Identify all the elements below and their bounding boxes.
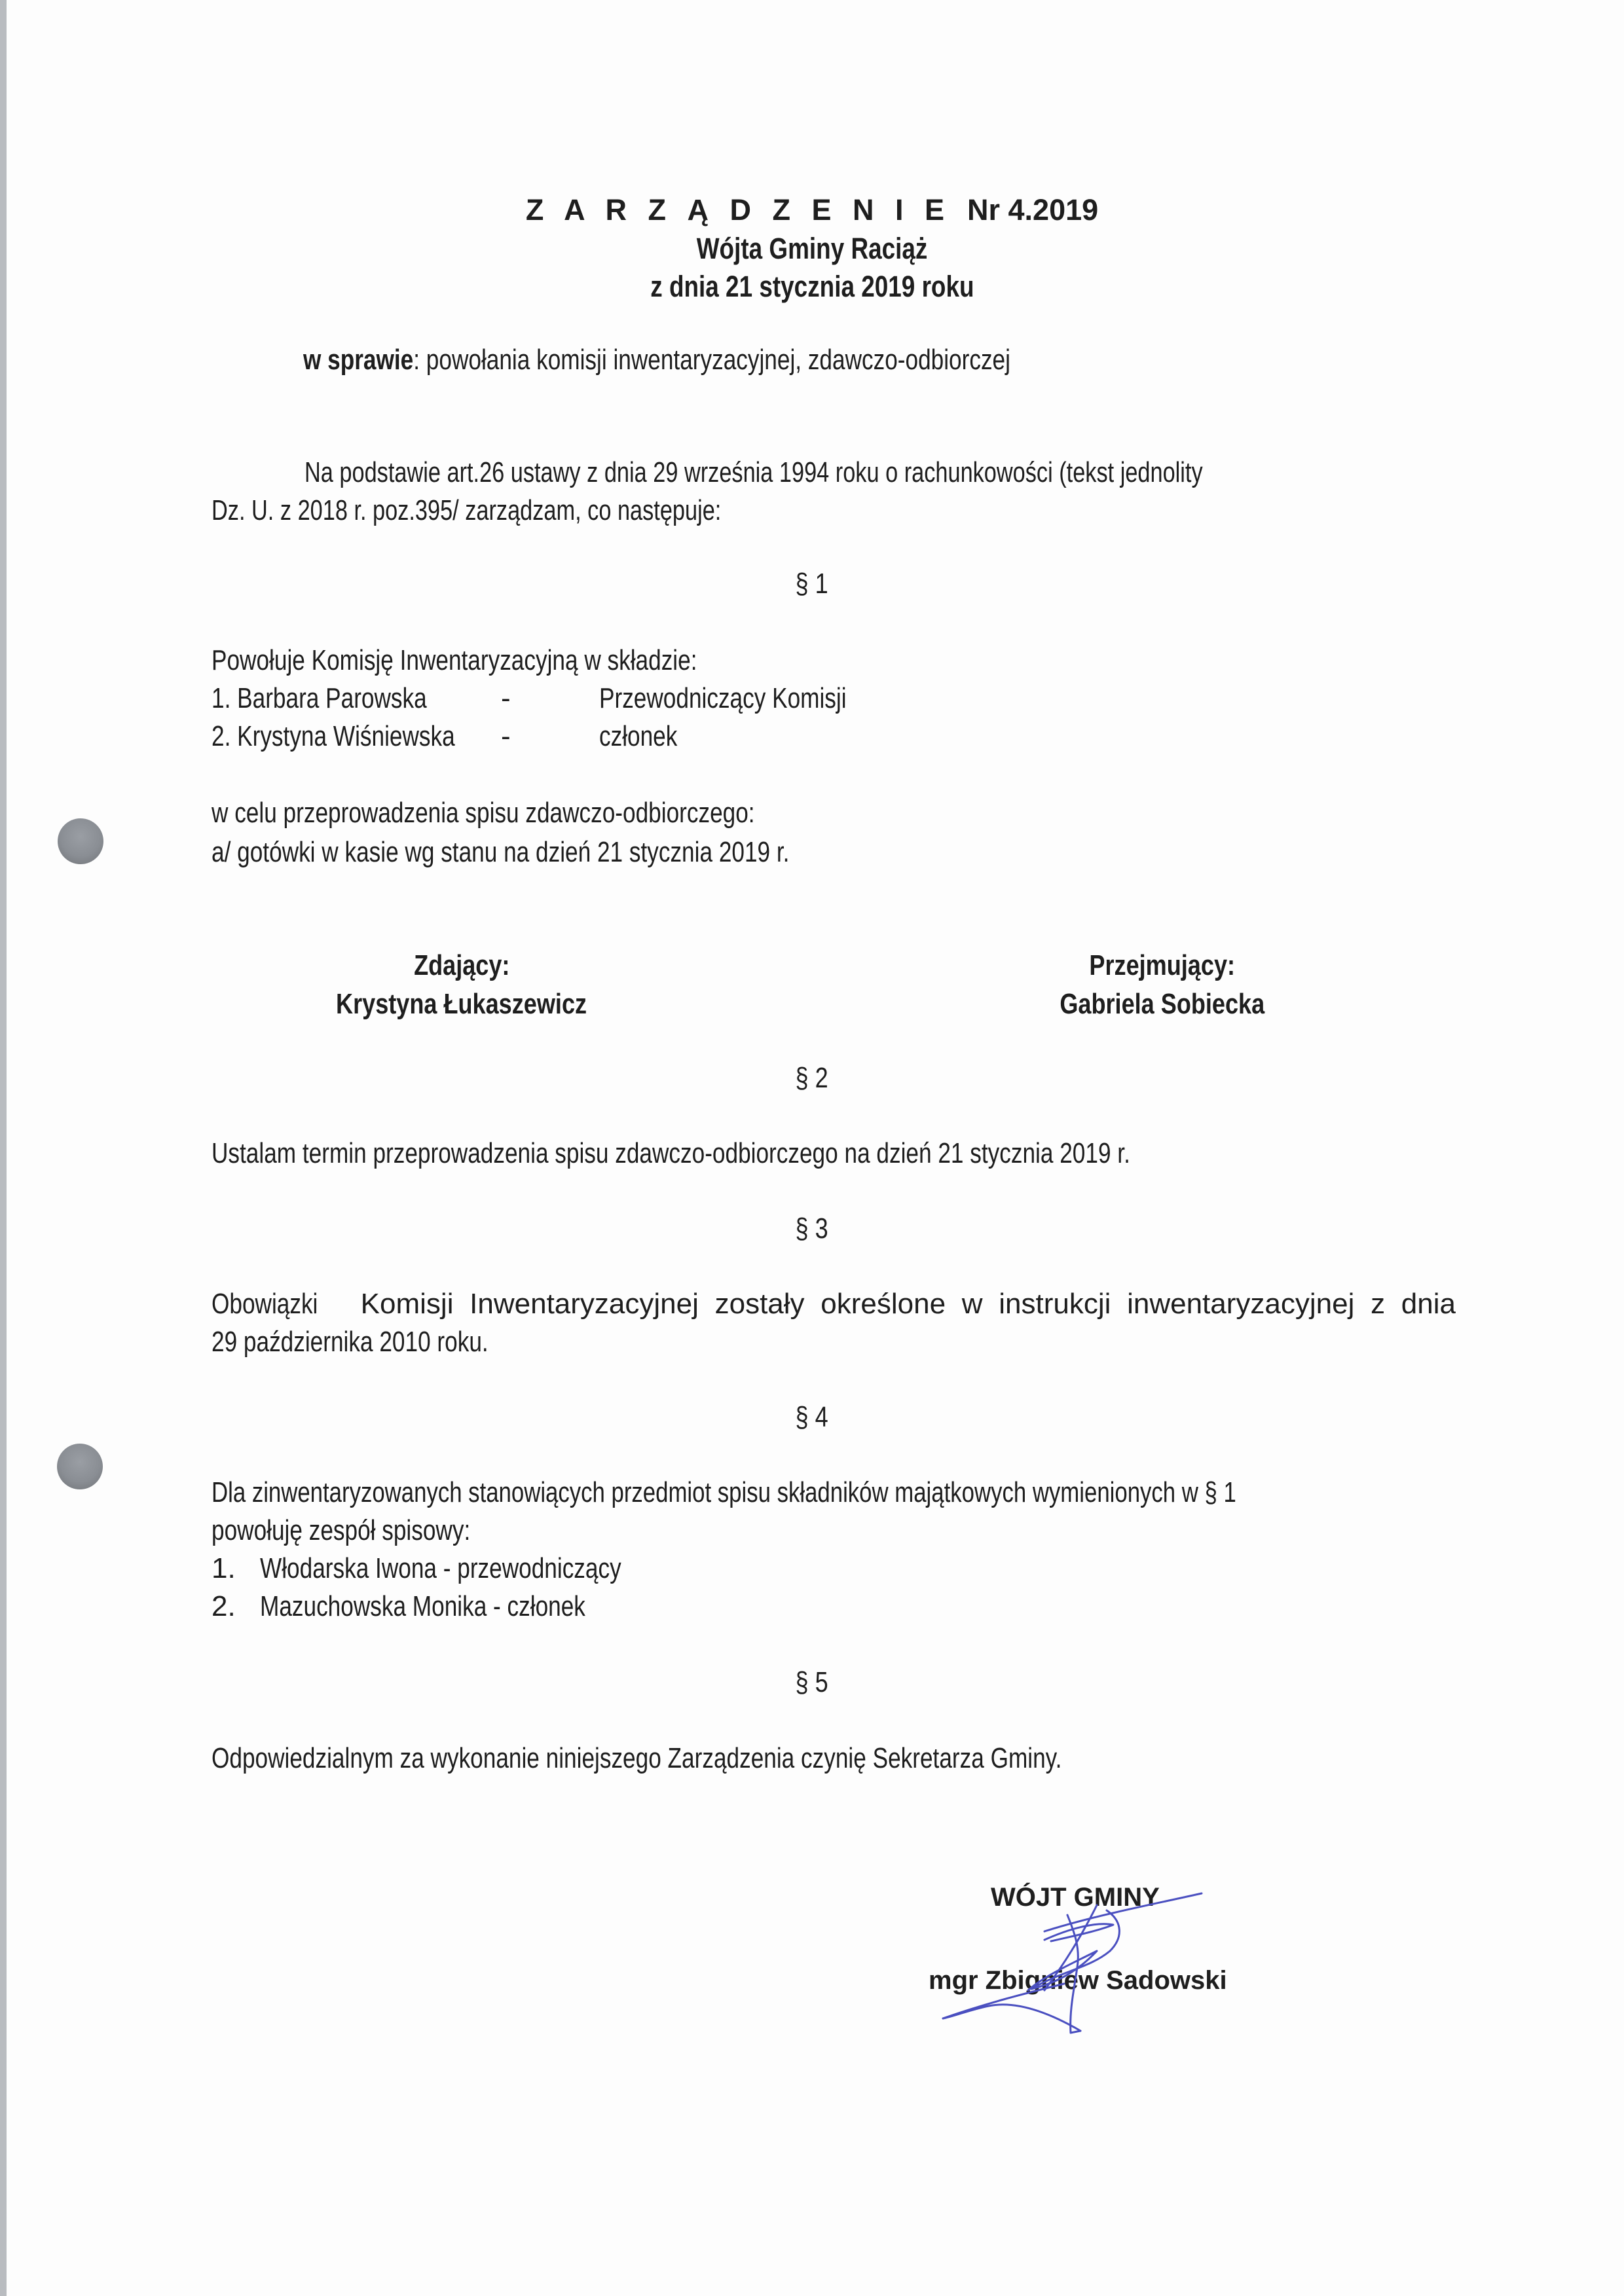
subject-text: : powołania komisji inwentaryzacyjnej, z… xyxy=(413,344,1010,376)
word: z xyxy=(1371,1290,1385,1319)
section-4-line1-text: Dla zinwentaryzowanych stanowiących prze… xyxy=(212,1478,1236,1507)
section-5-text: Odpowiedzialnym za wykonanie niniejszego… xyxy=(212,1744,1274,1773)
receiver-label-text: Przejmujący: xyxy=(1090,951,1236,980)
giver-name-text: Krystyna Łukaszewicz xyxy=(336,990,587,1019)
section-5-body: Odpowiedzialnym za wykonanie niniejszego… xyxy=(212,1744,1061,1773)
receiver-label: Przejmujący: xyxy=(1015,951,1310,980)
section-3-label: § 3 xyxy=(796,1214,828,1243)
team-item-2-num: 2. xyxy=(212,1592,236,1621)
purpose-line2: a/ gotówki w kasie wg stanu na dzień 21 … xyxy=(212,838,934,867)
commission-intro-text: Powołuje Komisję Inwentaryzacyjną w skła… xyxy=(212,646,697,675)
team-item-2: Mazuchowska Monika - członek xyxy=(260,1592,667,1621)
section-5-label: § 5 xyxy=(796,1668,828,1697)
team-item-1-text: Włodarska Iwona - przewodniczący xyxy=(260,1554,621,1583)
member-2-dash: - xyxy=(501,722,511,751)
team-item-1-num: 1. xyxy=(212,1554,236,1583)
word: zostały xyxy=(715,1290,805,1319)
word: Obowiązki xyxy=(212,1290,318,1319)
purpose-text2: a/ gotówki w kasie wg stanu na dzień 21 … xyxy=(212,838,789,867)
scan-left-edge xyxy=(0,0,7,2296)
punch-hole-bottom xyxy=(57,1444,103,1489)
decree-date: z dnia 21 stycznia 2019 roku xyxy=(0,272,1624,301)
member-1-dash: - xyxy=(501,684,511,713)
word: instrukcji xyxy=(999,1290,1111,1319)
section-mark-2: § 2 xyxy=(0,1064,1624,1093)
section-mark-3: § 3 xyxy=(0,1214,1624,1243)
purpose-line1: w celu przeprowadzenia spisu zdawczo-odb… xyxy=(212,799,891,828)
section-mark-1: § 1 xyxy=(0,570,1624,598)
member-2-name-text: 2. Krystyna Wiśniewska xyxy=(212,722,455,751)
legal-basis-line1: Na podstawie art.26 ustawy z dnia 29 wrz… xyxy=(304,458,1456,487)
team-item-1: Włodarska Iwona - przewodniczący xyxy=(260,1554,712,1583)
decree-issuer: Wójta Gminy Raciąż xyxy=(0,234,1624,263)
word: inwentaryzacyjnej xyxy=(1127,1290,1354,1319)
receiver-name-text: Gabriela Sobiecka xyxy=(1060,990,1265,1019)
member-1-name: 1. Barbara Parowska xyxy=(212,684,481,713)
giver-label-text: Zdający: xyxy=(414,951,509,980)
date-text: z dnia 21 stycznia 2019 roku xyxy=(650,272,974,301)
punch-hole-top xyxy=(58,818,103,864)
section-3-line2: 29 października 2010 roku. xyxy=(212,1328,557,1357)
commission-intro: Powołuje Komisję Inwentaryzacyjną w skła… xyxy=(212,646,819,675)
member-1-name-text: 1. Barbara Parowska xyxy=(212,684,427,713)
issuer-text: Wójta Gminy Raciąż xyxy=(697,234,928,263)
member-2-role-text: członek xyxy=(599,722,677,751)
word: w xyxy=(962,1290,983,1319)
member-1-role: Przewodniczący Komisji xyxy=(599,684,908,713)
word: Komisji xyxy=(361,1290,454,1319)
member-1-role-text: Przewodniczący Komisji xyxy=(599,684,847,713)
member-2-role: członek xyxy=(599,722,697,751)
decree-number: Nr 4.2019 xyxy=(967,193,1098,227)
giver-name: Krystyna Łukaszewicz xyxy=(275,990,648,1019)
section-2-text: Ustalam termin przeprowadzenia spisu zda… xyxy=(212,1139,1360,1168)
subject-line: w sprawie: powołania komisji inwentaryza… xyxy=(303,346,1187,374)
legal-basis-text2: Dz. U. z 2018 r. poz.395/ zarządzam, co … xyxy=(212,496,721,525)
receiver-name: Gabriela Sobiecka xyxy=(1002,990,1323,1019)
section-3-line1: Obowiązki Komisji Inwentaryzacyjnej zost… xyxy=(212,1290,1456,1319)
section-2-body: Ustalam termin przeprowadzenia spisu zda… xyxy=(212,1139,1130,1168)
word: dnia xyxy=(1401,1290,1456,1319)
subject-label: w sprawie xyxy=(303,344,413,376)
word: Inwentaryzacyjnej xyxy=(470,1290,699,1319)
section-4-line2-text: powołuję zespół spisowy: xyxy=(212,1516,470,1545)
purpose-text1: w celu przeprowadzenia spisu zdawczo-odb… xyxy=(212,799,755,828)
member-2-name: 2. Krystyna Wiśniewska xyxy=(212,722,516,751)
decree-title: Z A R Z Ą D Z E N I E Nr 4.2019 xyxy=(0,195,1624,225)
section-4-label: § 4 xyxy=(796,1403,828,1432)
decree-title-word: Z A R Z Ą D Z E N I E xyxy=(526,193,951,227)
handwritten-signature-icon xyxy=(913,1859,1280,2056)
section-4-line2: powołuję zespół spisowy: xyxy=(212,1516,535,1545)
team-item-2-text: Mazuchowska Monika - członek xyxy=(260,1592,585,1621)
giver-label: Zdający: xyxy=(308,951,616,980)
word: określone xyxy=(821,1290,946,1319)
section-4-line1: Dla zinwentaryzowanych stanowiących prze… xyxy=(212,1478,1509,1507)
section-mark-5: § 5 xyxy=(0,1668,1624,1697)
section-mark-4: § 4 xyxy=(0,1403,1624,1432)
legal-basis-line2: Dz. U. z 2018 r. poz.395/ zarządzam, co … xyxy=(212,496,865,525)
section-1-label: § 1 xyxy=(796,570,828,598)
section-2-label: § 2 xyxy=(796,1064,828,1093)
section-3-line2-text: 29 października 2010 roku. xyxy=(212,1328,489,1357)
legal-basis-text1: Na podstawie art.26 ustawy z dnia 29 wrz… xyxy=(304,458,1203,487)
